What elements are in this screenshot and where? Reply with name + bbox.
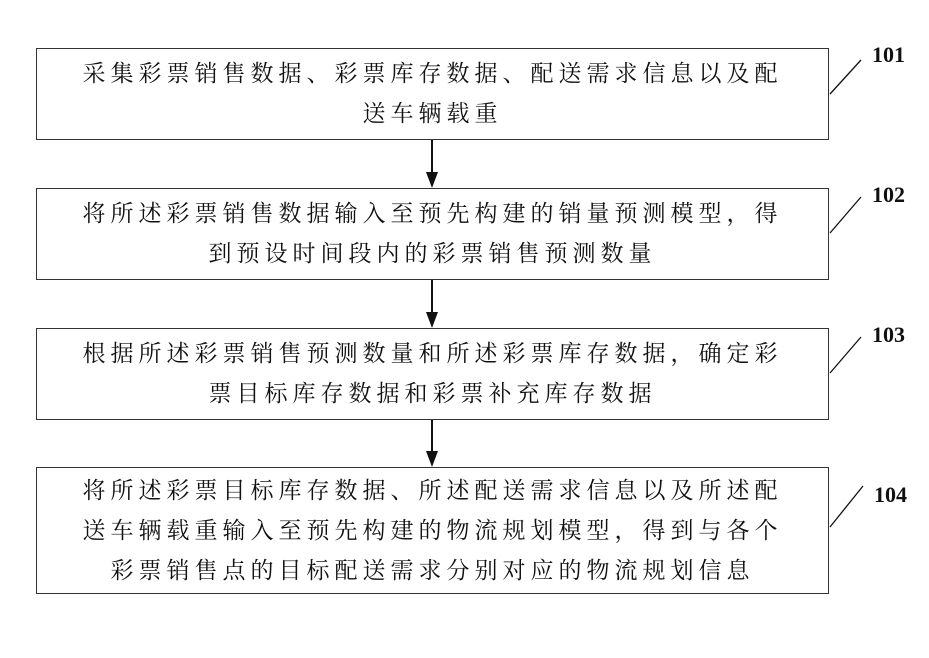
- step-104-line-3: 彩票销售点的目标配送需求分别对应的物流规划信息: [48, 551, 818, 591]
- leader-line-102: [829, 195, 869, 235]
- step-101-line-1: 采集彩票销售数据、彩票库存数据、配送需求信息以及配: [48, 54, 818, 94]
- step-box-101: 采集彩票销售数据、彩票库存数据、配送需求信息以及配 送车辆载重: [36, 48, 829, 140]
- step-text-101: 采集彩票销售数据、彩票库存数据、配送需求信息以及配 送车辆载重: [48, 54, 818, 134]
- step-104-line-1: 将所述彩票目标库存数据、所述配送需求信息以及所述配: [48, 471, 818, 511]
- step-104-line-2: 送车辆载重输入至预先构建的物流规划模型，得到与各个: [48, 511, 818, 551]
- arrowhead-icon: [426, 172, 438, 188]
- arrow-103-to-104: [426, 420, 438, 467]
- step-text-104: 将所述彩票目标库存数据、所述配送需求信息以及所述配 送车辆载重输入至预先构建的物…: [48, 471, 818, 591]
- ref-label-104: 104: [874, 482, 907, 508]
- step-103-line-2: 票目标库存数据和彩票补充库存数据: [48, 374, 818, 414]
- step-102-line-2: 到预设时间段内的彩票销售预测数量: [48, 234, 818, 274]
- ref-label-102: 102: [872, 182, 905, 208]
- arrowhead-icon: [426, 451, 438, 467]
- step-text-102: 将所述彩票销售数据输入至预先构建的销量预测模型，得 到预设时间段内的彩票销售预测…: [48, 194, 818, 274]
- leader-line-104: [829, 484, 869, 530]
- step-101-line-2: 送车辆载重: [48, 94, 818, 134]
- leader-line-103: [829, 335, 869, 375]
- arrow-102-to-103: [426, 280, 438, 328]
- leader-line-101: [829, 58, 869, 98]
- ref-label-103: 103: [872, 322, 905, 348]
- arrowhead-icon: [426, 312, 438, 328]
- step-box-103: 根据所述彩票销售预测数量和所述彩票库存数据，确定彩 票目标库存数据和彩票补充库存…: [36, 328, 829, 420]
- step-102-line-1: 将所述彩票销售数据输入至预先构建的销量预测模型，得: [48, 194, 818, 234]
- step-box-102: 将所述彩票销售数据输入至预先构建的销量预测模型，得 到预设时间段内的彩票销售预测…: [36, 188, 829, 280]
- ref-label-101: 101: [872, 42, 905, 68]
- step-103-line-1: 根据所述彩票销售预测数量和所述彩票库存数据，确定彩: [48, 334, 818, 374]
- step-box-104: 将所述彩票目标库存数据、所述配送需求信息以及所述配 送车辆载重输入至预先构建的物…: [36, 467, 829, 594]
- arrow-101-to-102: [426, 140, 438, 188]
- step-text-103: 根据所述彩票销售预测数量和所述彩票库存数据，确定彩 票目标库存数据和彩票补充库存…: [48, 334, 818, 414]
